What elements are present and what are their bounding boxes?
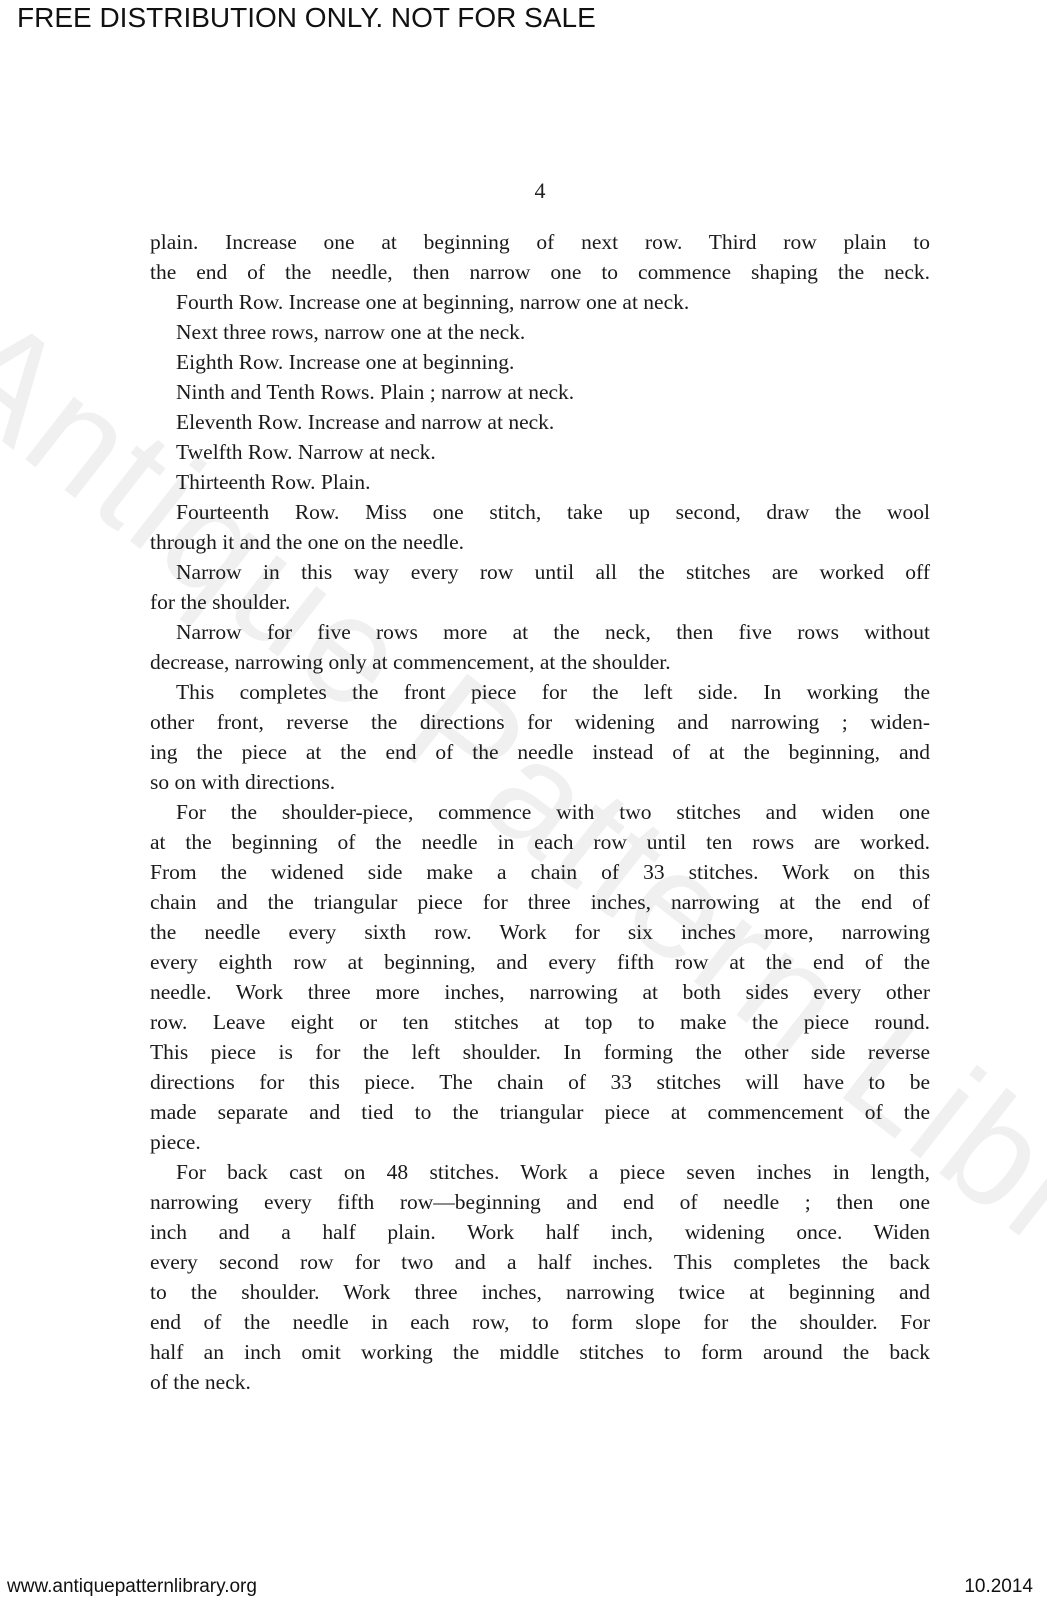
- text-line: every eighth row at beginning, and every…: [150, 947, 930, 977]
- text-line: inch and a half plain. Work half inch, w…: [150, 1217, 930, 1247]
- text-line: the needle every sixth row. Work for six…: [150, 917, 930, 947]
- text-line: needle. Work three more inches, narrowin…: [150, 977, 930, 1007]
- text-line: of the neck.: [150, 1367, 930, 1397]
- footer-website-url: www.antiquepatternlibrary.org: [7, 1576, 257, 1598]
- page-number: 4: [0, 178, 1047, 204]
- text-line: at the beginning of the needle in each r…: [150, 827, 930, 857]
- footer-date: 10.2014: [964, 1576, 1033, 1598]
- text-line: Fourteenth Row. Miss one stitch, take up…: [150, 497, 930, 527]
- text-line: ing the piece at the end of the needle i…: [150, 737, 930, 767]
- text-line: decrease, narrowing only at commencement…: [150, 647, 930, 677]
- text-line: so on with directions.: [150, 767, 930, 797]
- text-line: For the shoulder-piece, commence with tw…: [150, 797, 930, 827]
- text-line: Twelfth Row. Narrow at neck.: [150, 437, 930, 467]
- text-line: piece.: [150, 1127, 930, 1157]
- text-line: narrowing every fifth row—beginning and …: [150, 1187, 930, 1217]
- text-line: Next three rows, narrow one at the neck.: [150, 317, 930, 347]
- text-line: through it and the one on the needle.: [150, 527, 930, 557]
- text-line: From the widened side make a chain of 33…: [150, 857, 930, 887]
- text-line: directions for this piece. The chain of …: [150, 1067, 930, 1097]
- text-line: Eighth Row. Increase one at beginning.: [150, 347, 930, 377]
- pattern-instructions-body: plain. Increase one at beginning of next…: [150, 227, 930, 1397]
- text-line: For back cast on 48 stitches. Work a pie…: [150, 1157, 930, 1187]
- text-line: plain. Increase one at beginning of next…: [150, 227, 930, 257]
- text-line: end of the needle in each row, to form s…: [150, 1307, 930, 1337]
- text-line: for the shoulder.: [150, 587, 930, 617]
- text-line: This piece is for the left shoulder. In …: [150, 1037, 930, 1067]
- text-line: Ninth and Tenth Rows. Plain ; narrow at …: [150, 377, 930, 407]
- text-line: every second row for two and a half inch…: [150, 1247, 930, 1277]
- text-line: chain and the triangular piece for three…: [150, 887, 930, 917]
- text-line: the end of the needle, then narrow one t…: [150, 257, 930, 287]
- text-line: half an inch omit working the middle sti…: [150, 1337, 930, 1367]
- text-line: row. Leave eight or ten stitches at top …: [150, 1007, 930, 1037]
- distribution-notice-banner: FREE DISTRIBUTION ONLY. NOT FOR SALE: [17, 2, 596, 34]
- text-line: Eleventh Row. Increase and narrow at nec…: [150, 407, 930, 437]
- text-line: Narrow in this way every row until all t…: [150, 557, 930, 587]
- text-line: Narrow for five rows more at the neck, t…: [150, 617, 930, 647]
- text-line: Fourth Row. Increase one at beginning, n…: [150, 287, 930, 317]
- text-line: Thirteenth Row. Plain.: [150, 467, 930, 497]
- text-line: This completes the front piece for the l…: [150, 677, 930, 707]
- text-line: other front, reverse the directions for …: [150, 707, 930, 737]
- text-line: to the shoulder. Work three inches, narr…: [150, 1277, 930, 1307]
- text-line: made separate and tied to the triangular…: [150, 1097, 930, 1127]
